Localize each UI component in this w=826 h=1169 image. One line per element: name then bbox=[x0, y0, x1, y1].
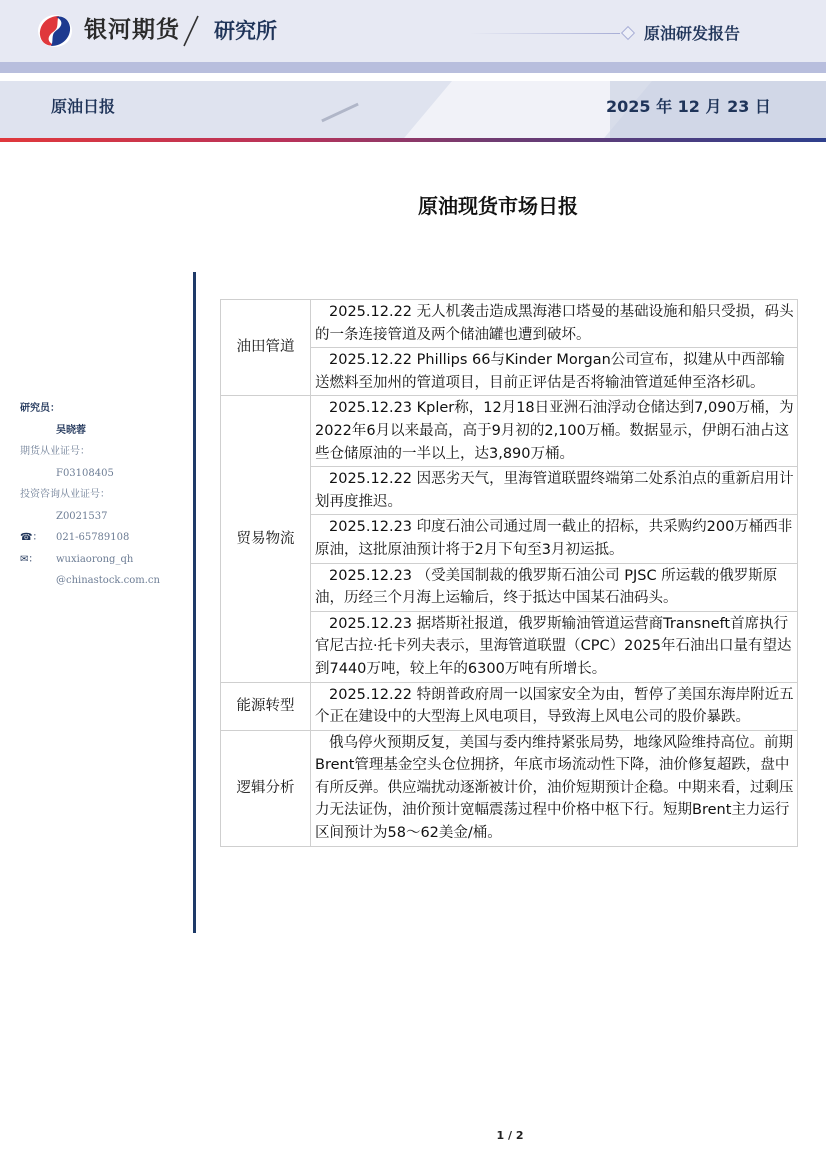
email-row: ✉： wuxiaorong_qh bbox=[20, 549, 180, 571]
news-item: 2025.12.23 Kpler称，12月18日亚洲石油浮动仓储达到7,090万… bbox=[311, 396, 798, 467]
table-row: 逻辑分析 俄乌停火预期反复，美国与委内维持紧张局势，地缘风险维持高位。前期Bre… bbox=[221, 730, 798, 846]
brand-name: 银河期货 bbox=[84, 15, 180, 45]
phone-number: 021-65789108 bbox=[56, 527, 129, 549]
news-item: 2025.12.22 特朗普政府周一以国家安全为由，暂停了美国东海岸附近五个正在… bbox=[311, 682, 798, 730]
news-item: 2025.12.22 无人机袭击造成黑海港口塔曼的基础设施和船只受损，码头的一条… bbox=[311, 300, 798, 348]
header-divider-band bbox=[0, 62, 826, 73]
category-cell: 逻辑分析 bbox=[221, 730, 311, 846]
news-item: 2025.12.22 Phillips 66与Kinder Morgan公司宣布… bbox=[311, 348, 798, 396]
category-cell: 油田管道 bbox=[221, 300, 311, 396]
report-type-line bbox=[470, 33, 620, 34]
page-title: 原油现货市场日报 bbox=[0, 193, 826, 219]
researcher-label: 研究员： bbox=[20, 398, 180, 420]
consult-license-label: 投资咨询从业证号： bbox=[20, 484, 180, 506]
consult-license-number: Z0021537 bbox=[20, 506, 180, 528]
page-number: 1 / 2 bbox=[0, 1128, 826, 1144]
galaxy-futures-logo-icon bbox=[37, 13, 73, 49]
futures-license-number: F03108405 bbox=[20, 463, 180, 485]
sidebar-divider bbox=[193, 272, 196, 933]
email-address-line2[interactable]: @chinastock.com.cn bbox=[20, 570, 180, 592]
report-subtitle: 原油日报 bbox=[51, 95, 115, 119]
phone-icon: ☎： bbox=[20, 527, 56, 549]
slash-divider bbox=[180, 14, 202, 48]
analyst-sidebar: 研究员： 吴晓蓉 期货从业证号： F03108405 投资咨询从业证号： Z00… bbox=[20, 398, 180, 592]
news-item: 2025.12.23 据塔斯社报道，俄罗斯输油管道运营商Transneft首席执… bbox=[311, 611, 798, 682]
email-address-line1[interactable]: wuxiaorong_qh bbox=[56, 549, 133, 571]
futures-license-label: 期货从业证号： bbox=[20, 441, 180, 463]
report-date: 2025 年 12 月 23 日 bbox=[606, 95, 771, 119]
header-gradient-rule bbox=[0, 138, 826, 142]
report-type: 原油研发报告 bbox=[644, 23, 740, 45]
table-row: 油田管道 2025.12.22 无人机袭击造成黑海港口塔曼的基础设施和船只受损，… bbox=[221, 300, 798, 348]
department-name: 研究所 bbox=[214, 17, 277, 45]
category-cell: 贸易物流 bbox=[221, 396, 311, 682]
decorative-stroke bbox=[321, 103, 359, 123]
table-row: 贸易物流 2025.12.23 Kpler称，12月18日亚洲石油浮动仓储达到7… bbox=[221, 396, 798, 467]
analysis-text: 俄乌停火预期反复，美国与委内维持紧张局势，地缘风险维持高位。前期Brent管理基… bbox=[311, 730, 798, 846]
news-table: 油田管道 2025.12.22 无人机袭击造成黑海港口塔曼的基础设施和船只受损，… bbox=[220, 299, 798, 847]
phone-row: ☎： 021-65789108 bbox=[20, 527, 180, 549]
table-row: 能源转型 2025.12.22 特朗普政府周一以国家安全为由，暂停了美国东海岸附… bbox=[221, 682, 798, 730]
category-cell: 能源转型 bbox=[221, 682, 311, 730]
news-item: 2025.12.23 印度石油公司通过周一截止的招标，共采购约200万桶西非原油… bbox=[311, 515, 798, 563]
news-item: 2025.12.23 （受美国制裁的俄罗斯石油公司 PJSC 所运载的俄罗斯原油… bbox=[311, 563, 798, 611]
email-icon: ✉： bbox=[20, 549, 56, 571]
news-item: 2025.12.22 因恶劣天气，里海管道联盟终端第二处系泊点的重新启用计划再度… bbox=[311, 467, 798, 515]
researcher-name: 吴晓蓉 bbox=[20, 420, 180, 442]
